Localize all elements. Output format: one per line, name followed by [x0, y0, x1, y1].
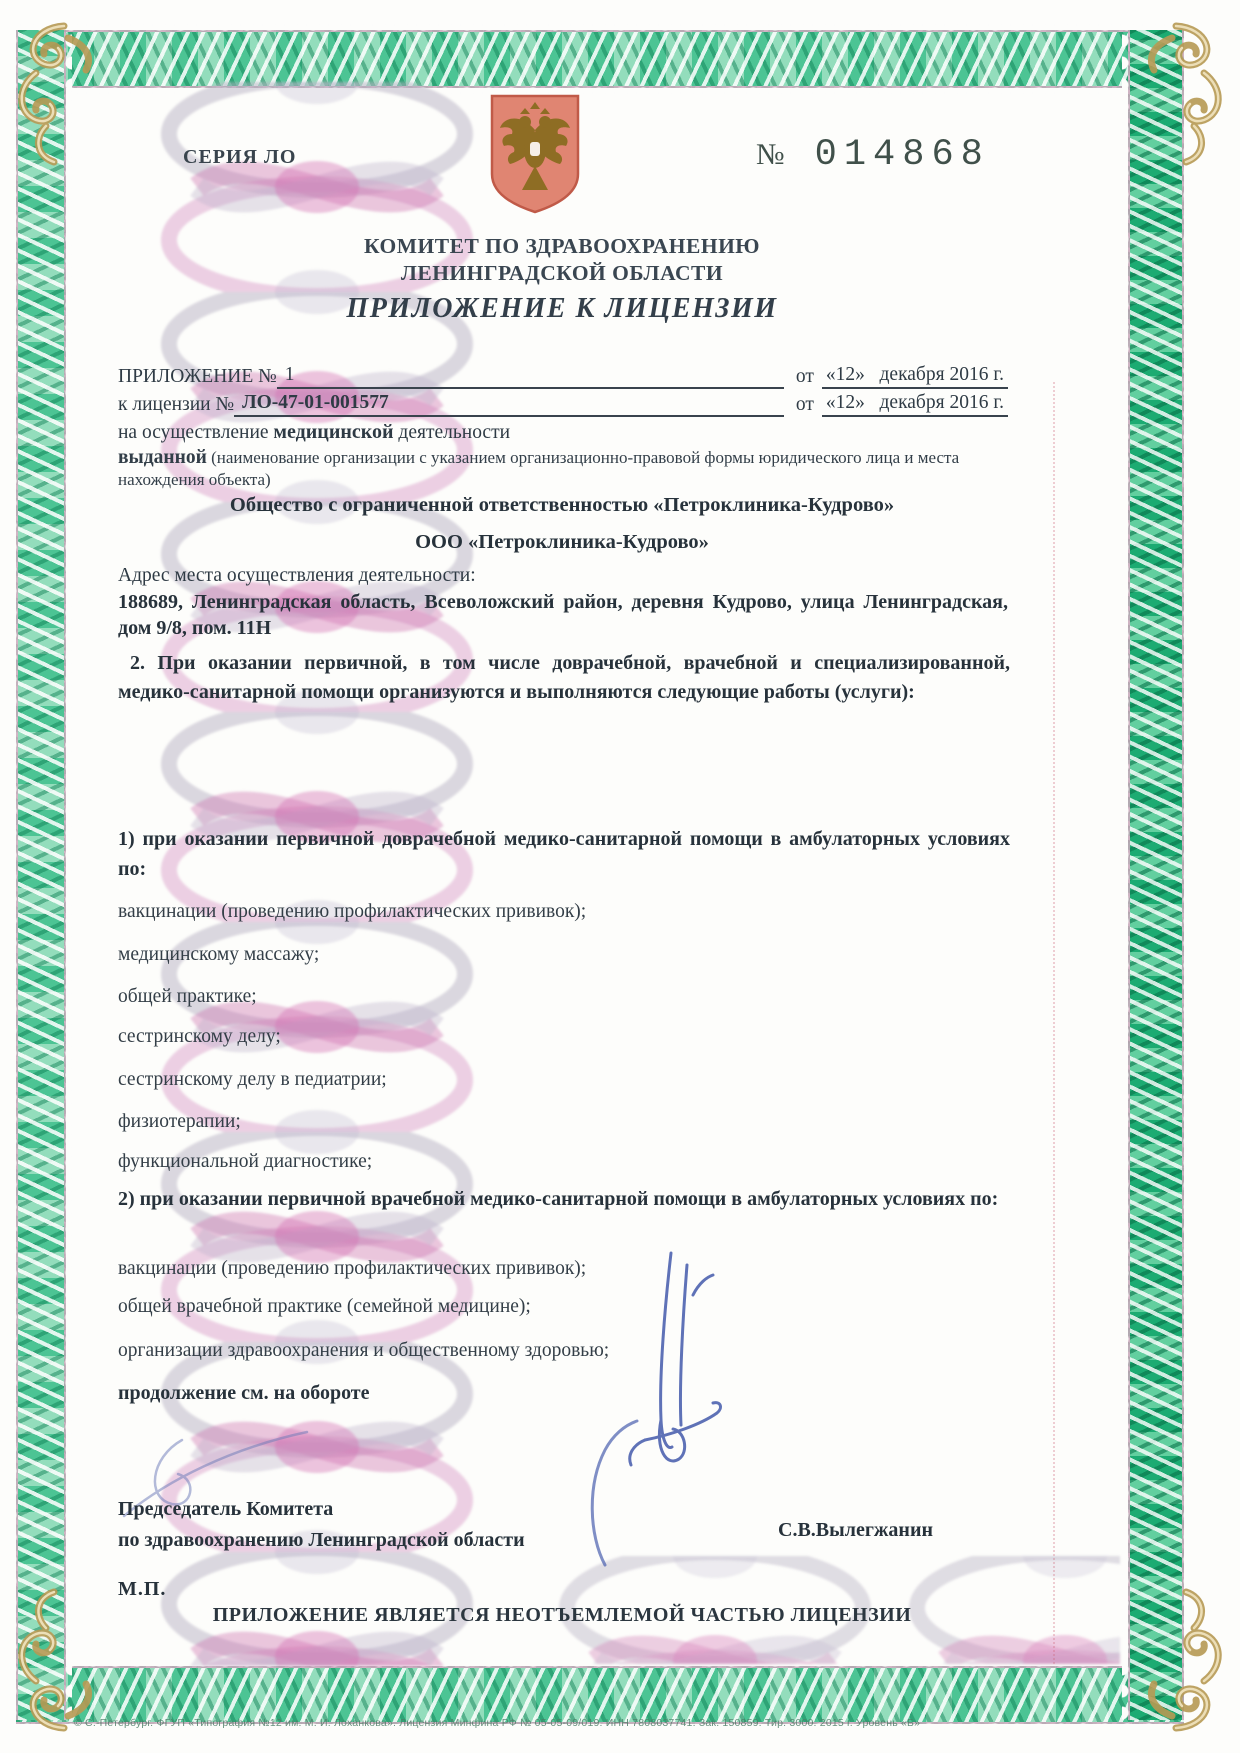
issued-to-line: выданной (наименование организации с ука…: [118, 447, 1016, 490]
issued-note: (наименование организации с указанием ор…: [118, 448, 959, 489]
signature-handwritten: [575, 1235, 745, 1570]
stamp-place-label: М.П.: [118, 1578, 166, 1601]
serial-digits: 014868: [815, 134, 990, 176]
subsection-1-heading: 1) при оказании первичной доврачебной ме…: [118, 824, 1010, 884]
activity-line: на осуществление медицинской деятельност…: [118, 421, 510, 444]
issued-label: выданной: [118, 447, 207, 468]
corner-ornament-icon: [1142, 16, 1234, 166]
organization-full-name: Общество с ограниченной ответственностью…: [118, 494, 1006, 517]
signer-role-line2: по здравоохранению Ленинградской области: [118, 1525, 525, 1556]
signer-role: Председатель Комитета по здравоохранению…: [118, 1494, 525, 1556]
scan-artifact-line: [1053, 382, 1055, 1664]
license-date-value: «12» декабря 2016 г.: [822, 391, 1008, 417]
issuing-authority: КОМИТЕТ ПО ЗДРАВООХРАНЕНИЮ ЛЕНИНГРАДСКОЙ…: [118, 233, 1006, 287]
service-item: вакцинации (проведению профилактических …: [118, 1258, 586, 1280]
license-appendix-document: СЕРИЯ ЛО № 014868 КОМИТЕТ ПО ЗДРАВООХРАН…: [0, 0, 1240, 1753]
section-2-paragraph: 2. При оказании первичной, в том числе д…: [118, 649, 1010, 707]
activity-prefix: на осуществление: [118, 422, 269, 443]
footer-statement: ПРИЛОЖЕНИЕ ЯВЛЯЕТСЯ НЕОТЪЕМЛЕМОЙ ЧАСТЬЮ …: [118, 1604, 1006, 1627]
appendix-number-line: ПРИЛОЖЕНИЕ № 1 от «12» декабря 2016 г.: [118, 363, 1008, 389]
signer-name: С.В.Вылегжанин: [778, 1519, 933, 1542]
scan-artifact-line: [64, 92, 65, 1662]
document-title: ПРИЛОЖЕНИЕ К ЛИЦЕНЗИИ: [118, 293, 1006, 325]
service-item: физиотерапии;: [118, 1111, 241, 1133]
date-prefix: от: [784, 393, 822, 417]
activity-suffix: деятельности: [398, 422, 510, 443]
border-band-right: [1128, 30, 1184, 1720]
address-label: Адрес места осуществления деятельности:: [118, 565, 476, 587]
service-item: организации здравоохранения и общественн…: [118, 1340, 609, 1362]
authority-line2: ЛЕНИНГРАДСКОЙ ОБЛАСТИ: [118, 260, 1006, 287]
license-number-value: ЛО-47-01-001577: [234, 391, 399, 417]
organization-short-name: ООО «Петроклиника-Кудрово»: [118, 531, 1006, 554]
appendix-date-value: «12» декабря 2016 г.: [822, 363, 1008, 389]
service-item: вакцинации (проведению профилактических …: [118, 901, 586, 923]
printing-house-info: © С.-Петербург. ФГУП «Типография №12 им.…: [74, 1717, 1134, 1729]
numero-sign: №: [756, 138, 785, 172]
license-label: к лицензии №: [118, 393, 234, 417]
appendix-label: ПРИЛОЖЕНИЕ №: [118, 365, 277, 389]
coat-of-arms-icon: [484, 92, 586, 216]
corner-ornament-icon: [6, 1588, 98, 1738]
subsection-2-heading: 2) при оказании первичной врачебной меди…: [118, 1183, 1010, 1215]
blank-underline: [305, 363, 784, 389]
blank-underline: [399, 391, 784, 417]
border-band-top: [16, 30, 1184, 88]
border-band-bottom: [16, 1666, 1184, 1724]
service-item: медицинскому массажу;: [118, 944, 319, 966]
service-item: сестринскому делу в педиатрии;: [118, 1069, 387, 1091]
service-item: сестринскому делу;: [118, 1026, 281, 1048]
authority-line1: КОМИТЕТ ПО ЗДРАВООХРАНЕНИЮ: [118, 233, 1006, 260]
border-band-left: [16, 30, 66, 1720]
serial-number: № 014868: [756, 134, 990, 176]
activity-type: медицинской: [273, 421, 393, 443]
appendix-number-value: 1: [277, 363, 305, 389]
address-value: 188689, Ленинградская область, Всеволожс…: [118, 590, 1008, 641]
license-number-line: к лицензии № ЛО-47-01-001577 от «12» дек…: [118, 391, 1008, 417]
signer-role-line1: Председатель Комитета: [118, 1494, 525, 1525]
series-label: СЕРИЯ ЛО: [183, 146, 296, 169]
continuation-note: продолжение см. на обороте: [118, 1382, 370, 1405]
service-item: общей практике;: [118, 986, 257, 1008]
corner-ornament-icon: [6, 16, 98, 166]
date-prefix: от: [784, 365, 822, 389]
corner-ornament-icon: [1142, 1588, 1234, 1738]
service-item: функциональной диагностике;: [118, 1151, 372, 1173]
service-item: общей врачебной практике (семейной медиц…: [118, 1296, 531, 1318]
